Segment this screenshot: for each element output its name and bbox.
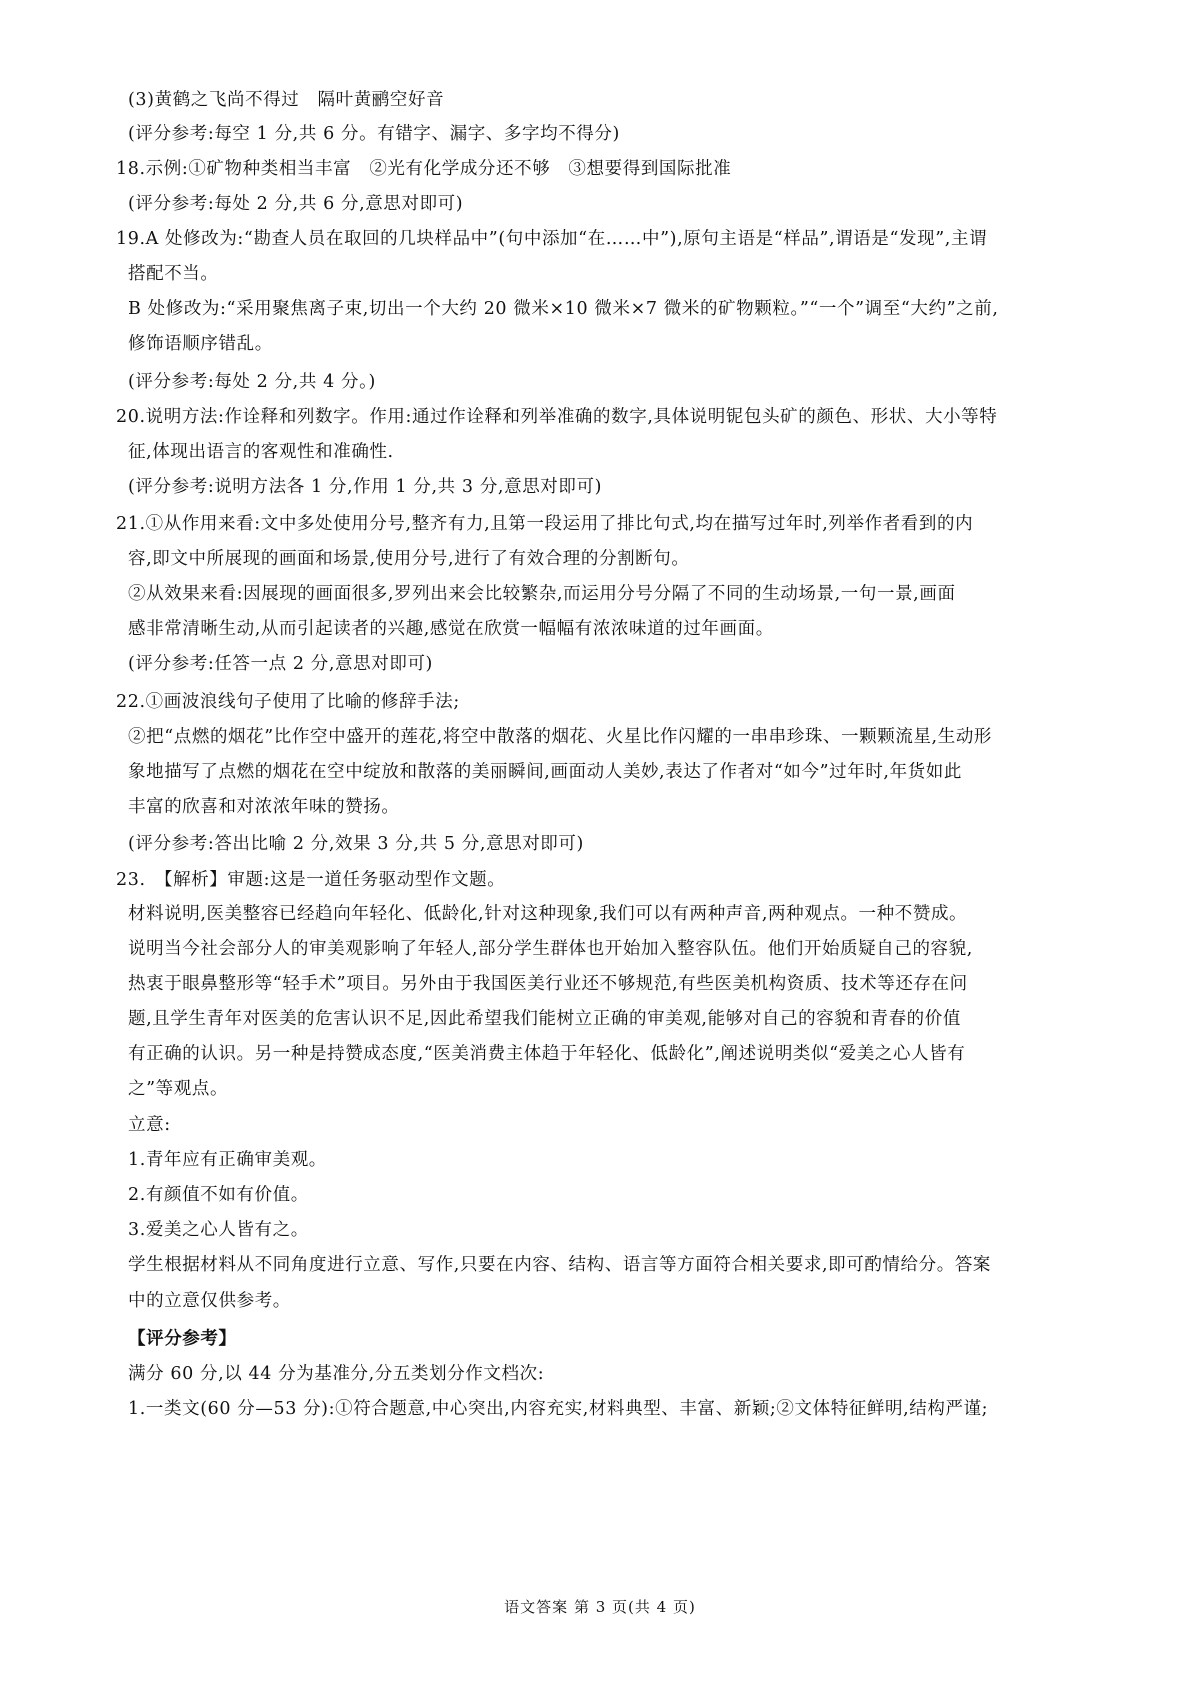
text-line: 有正确的认识。另一种是持赞成态度,“医美消费主体趋于年轻化、低龄化”,阐述说明类… <box>128 1042 965 1066</box>
text-line: 2.有颜值不如有价值。 <box>128 1183 309 1207</box>
text-line: 1.一类文(60 分—53 分):①符合题意,中心突出,内容充实,材料典型、丰富… <box>128 1397 988 1421</box>
answer-key-page: (3)黄鹤之飞尚不得过 隔叶黄鹂空好音(评分参考:每空 1 分,共 6 分。有错… <box>0 0 1200 1684</box>
text-line: 热衷于眼鼻整形等“轻手术”项目。另外由于我国医美行业还不够规范,有些医美机构资质… <box>128 972 968 996</box>
text-line: 22.①画波浪线句子使用了比喻的修辞手法; <box>116 690 460 714</box>
text-line: (3)黄鹤之飞尚不得过 隔叶黄鹂空好音 <box>128 88 444 112</box>
text-line: 象地描写了点燃的烟花在空中绽放和散落的美丽瞬间,画面动人美妙,表达了作者对“如今… <box>128 760 962 784</box>
text-line: 容,即文中所展现的画面和场景,使用分号,进行了有效合理的分割断句。 <box>128 547 690 571</box>
text-line: (评分参考:每处 2 分,共 6 分,意思对即可) <box>128 192 463 216</box>
text-line: ②从效果来看:因展现的画面很多,罗列出来会比较繁杂,而运用分号分隔了不同的生动场… <box>128 582 956 606</box>
text-line: 丰富的欣喜和对浓浓年味的赞扬。 <box>128 795 400 819</box>
text-line: (评分参考:说明方法各 1 分,作用 1 分,共 3 分,意思对即可) <box>128 475 602 499</box>
text-line: 19.A 处修改为:“勘查人员在取回的几块样品中”(句中添加“在……中”),原句… <box>116 227 987 251</box>
page-footer: 语文答案 第 3 页(共 4 页) <box>0 1596 1200 1617</box>
text-line: 21.①从作用来看:文中多处使用分号,整齐有力,且第一段运用了排比句式,均在描写… <box>116 512 973 536</box>
section-heading: 【评分参考】 <box>128 1327 237 1351</box>
text-line: 搭配不当。 <box>128 262 219 286</box>
text-line: (评分参考:每空 1 分,共 6 分。有错字、漏字、多字均不得分) <box>128 122 620 146</box>
text-line: 材料说明,医美整容已经趋向年轻化、低龄化,针对这种现象,我们可以有两种声音,两种… <box>128 902 967 926</box>
text-line: 18.示例:①矿物种类相当丰富 ②光有化学成分还不够 ③想要得到国际批准 <box>116 157 731 181</box>
text-line: 题,且学生青年对医美的危害认识不足,因此希望我们能树立正确的审美观,能够对自己的… <box>128 1007 961 1031</box>
text-line: 中的立意仅供参考。 <box>128 1289 291 1313</box>
text-line: B 处修改为:“采用聚焦离子束,切出一个大约 20 微米×10 微米×7 微米的… <box>128 297 999 321</box>
text-line: 感非常清晰生动,从而引起读者的兴趣,感觉在欣赏一幅幅有浓浓味道的过年画面。 <box>128 617 774 641</box>
text-line: 修饰语顺序错乱。 <box>128 332 273 356</box>
text-line: 说明当今社会部分人的审美观影响了年轻人,部分学生群体也开始加入整容队伍。他们开始… <box>128 937 973 961</box>
text-line: 23. 【解析】审题:这是一道任务驱动型作文题。 <box>116 868 505 892</box>
text-line: 学生根据材料从不同角度进行立意、写作,只要在内容、结构、语言等方面符合相关要求,… <box>128 1253 991 1277</box>
text-line: 3.爱美之心人皆有之。 <box>128 1218 309 1242</box>
text-line: ②把“点燃的烟花”比作空中盛开的莲花,将空中散落的烟花、火星比作闪耀的一串串珍珠… <box>128 725 992 749</box>
text-line: 满分 60 分,以 44 分为基准分,分五类划分作文档次: <box>128 1362 544 1386</box>
text-line: 征,体现出语言的客观性和准确性. <box>128 440 394 464</box>
text-line: 1.青年应有正确审美观。 <box>128 1148 327 1172</box>
text-line: 20.说明方法:作诠释和列数字。作用:通过作诠释和列举准确的数字,具体说明铌包头… <box>116 405 997 429</box>
text-line: 之”等观点。 <box>128 1077 228 1101</box>
text-line: 立意: <box>128 1113 171 1137</box>
text-line: (评分参考:答出比喻 2 分,效果 3 分,共 5 分,意思对即可) <box>128 832 584 856</box>
text-line: (评分参考:任答一点 2 分,意思对即可) <box>128 652 433 676</box>
text-line: (评分参考:每处 2 分,共 4 分。) <box>128 370 376 394</box>
